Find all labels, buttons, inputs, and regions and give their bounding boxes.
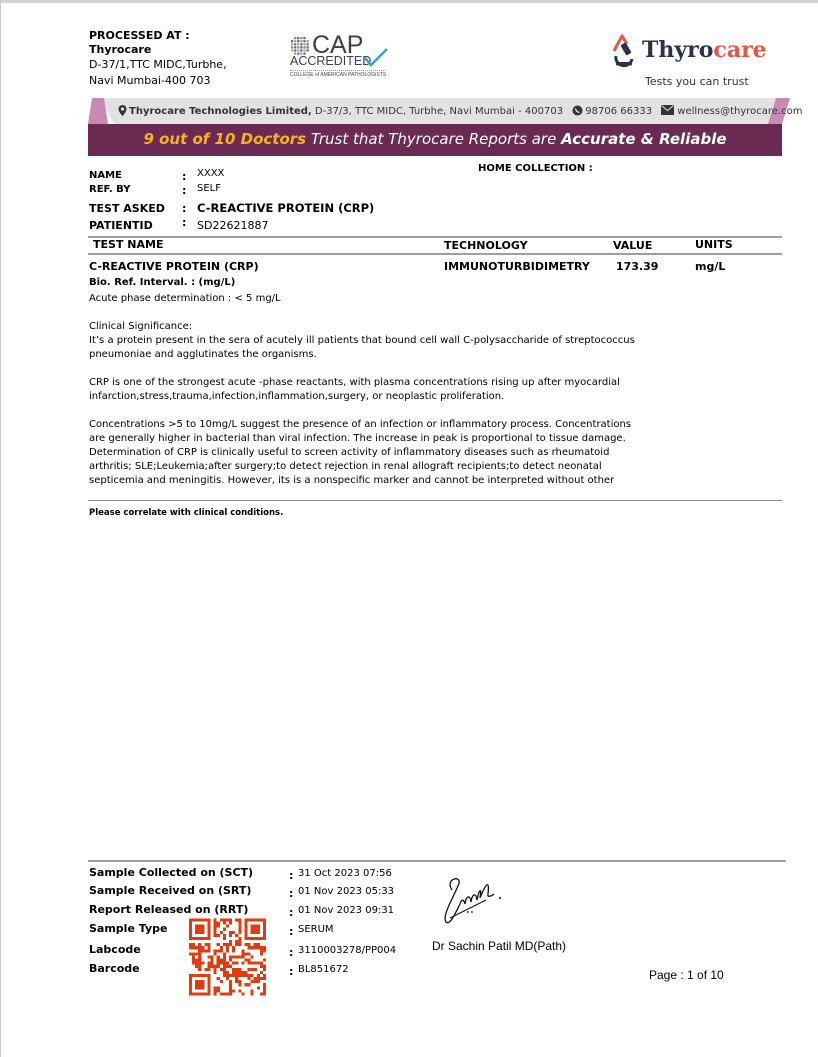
banner-company: Thyrocare Technologies Limited, — [129, 106, 312, 117]
test-asked-value: C-REACTIVE PROTEIN (CRP) — [197, 201, 374, 215]
banner-phone[interactable]: 98706 66333 — [585, 106, 652, 117]
footer-colon: : — [289, 946, 293, 959]
clinical-paragraph-3: Concentrations >5 to 10mg/L suggest the … — [89, 418, 634, 488]
header-value: VALUE — [613, 239, 652, 252]
footer-label: Sample Collected on (SCT) — [89, 866, 253, 879]
footer-label: Sample Received on (SRT) — [89, 884, 251, 897]
tagline-middle: Trust that Thyrocare Reports are — [306, 130, 561, 148]
tagline-emphasis: Accurate & Reliable — [561, 130, 726, 148]
footer-value: BL851672 — [298, 964, 349, 975]
footer-label: Labcode — [89, 943, 141, 956]
wordmark-care: care — [713, 37, 766, 63]
footer-colon: : — [289, 965, 293, 978]
doctor-name: Dr Sachin Patil MD(Path) — [432, 939, 566, 953]
mail-icon — [661, 105, 674, 115]
test-asked-colon: : — [182, 202, 186, 215]
header-technology: TECHNOLOGY — [444, 239, 528, 252]
processed-at-lab-name: Thyrocare — [89, 43, 151, 56]
whatsapp-icon — [572, 105, 583, 116]
page-number: Page : 1 of 10 — [649, 968, 724, 982]
clinical-divider — [88, 500, 782, 501]
microscope-drop-icon — [610, 33, 638, 69]
footer-colon: : — [289, 906, 293, 919]
footer-label: Barcode — [89, 962, 140, 975]
footer-divider — [88, 860, 786, 862]
processed-at-address-line1: D-37/1,TTC MIDC,Turbhe, — [89, 58, 227, 71]
clinical-paragraph-2: CRP is one of the strongest acute -phase… — [89, 376, 649, 404]
result-technology: IMMUNOTURBIDIMETRY — [444, 260, 590, 273]
table-header-divider — [88, 253, 782, 255]
wordmark-thyro: Thyro — [642, 37, 713, 63]
correlate-note: Please correlate with clinical condition… — [89, 508, 283, 518]
banner-address: D-37/3, TTC MIDC, Turbhe, Navi Mumbai - … — [312, 106, 563, 117]
footer-value: 31 Oct 2023 07:56 — [298, 868, 392, 879]
thyrocare-logo: Thyrocare — [610, 33, 790, 73]
thyrocare-wordmark: Thyrocare — [642, 37, 767, 63]
checkmark-icon — [362, 47, 388, 67]
processed-at-title: PROCESSED AT : — [89, 29, 190, 42]
page-left-edge — [0, 0, 1, 1057]
location-pin-icon — [118, 105, 127, 116]
ref-by-value: SELF — [197, 183, 221, 194]
patient-name-value: XXXX — [197, 168, 224, 179]
brand-tagline: Tests you can trust — [645, 75, 749, 88]
cap-logo-accredited: ACCREDITED — [290, 54, 371, 68]
patient-id-value: SD22621887 — [197, 219, 268, 232]
banner-contact-info: Thyrocare Technologies Limited, D-37/3, … — [118, 105, 802, 117]
banner-email[interactable]: wellness@thyrocare.com — [677, 106, 802, 117]
test-asked-label: TEST ASKED — [89, 202, 165, 215]
footer-value: 01 Nov 2023 05:33 — [298, 886, 394, 897]
cap-dot-grid-icon — [290, 36, 310, 56]
footer-label: Report Released on (RRT) — [89, 903, 248, 916]
patient-id-colon: : — [182, 216, 186, 229]
clinical-heading: Clinical Significance: — [89, 321, 192, 332]
result-units: mg/L — [695, 260, 725, 273]
footer-label: Sample Type — [89, 922, 167, 935]
result-test-name: C-REACTIVE PROTEIN (CRP) — [89, 260, 259, 273]
footer-value: SERUM — [298, 924, 334, 935]
footer-value: 3110003278/PP004 — [298, 945, 396, 956]
header-test-name: TEST NAME — [93, 238, 163, 251]
patient-id-label: PATIENTID — [89, 219, 153, 232]
tagline-highlight: 9 out of 10 Doctors — [143, 130, 306, 148]
processed-at-address-line2: Navi Mumbai-400 703 — [89, 74, 210, 87]
cap-accredited-logo: CAP ACCREDITED COLLEGE of AMERICAN PATHO… — [288, 34, 393, 80]
ref-interval-value: Acute phase determination : < 5 mg/L — [89, 293, 281, 304]
ref-by-colon: : — [182, 184, 186, 197]
doctor-signature-icon — [434, 868, 514, 930]
name-label: NAME — [89, 170, 122, 181]
banner-tagline: 9 out of 10 Doctors Trust that Thyrocare… — [88, 130, 782, 148]
ref-interval-label: Bio. Ref. Interval. : (mg/L) — [89, 277, 235, 288]
ref-by-label: REF. BY — [89, 184, 131, 195]
footer-colon: : — [289, 869, 293, 882]
result-value: 173.39 — [616, 260, 658, 273]
clinical-paragraph-1: It’s a protein present in the sera of ac… — [89, 334, 649, 362]
footer-colon: : — [289, 887, 293, 900]
qr-code-icon — [189, 918, 266, 996]
table-top-divider — [88, 236, 782, 238]
footer-value: 01 Nov 2023 09:31 — [298, 905, 394, 916]
cap-logo-subtitle: COLLEGE of AMERICAN PATHOLOGISTS — [290, 70, 386, 78]
footer-colon: : — [289, 925, 293, 938]
header-units: UNITS — [695, 238, 733, 251]
page-top-edge — [0, 0, 818, 3]
home-collection-label: HOME COLLECTION : — [478, 163, 593, 174]
name-colon: : — [182, 170, 186, 183]
